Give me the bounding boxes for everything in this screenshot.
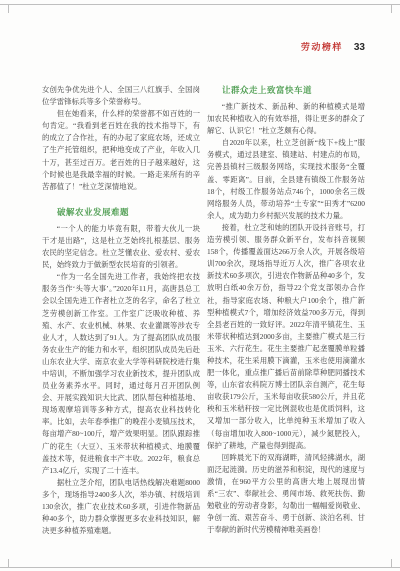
paragraph-service-network: 自2020年以来，杜立芝创新“线下+线上”服务模式，通过县建室、镇建站、村建点的… <box>207 137 365 222</box>
subheading-solving-agriculture-problems: 破解农业发展难题 <box>57 206 200 218</box>
paragraph-team-statistics: 据杜立芝介绍，团队电话热线解决难题8000多个，现场指导2400多人次，举办镇、… <box>42 477 200 537</box>
paragraph-honors-continuation: 女创先争优先进个人、全国三八红旗手、全国岗位学雷锋标兵等多个荣誉称号。 <box>42 84 200 108</box>
section-title: 劳动榜样 <box>301 40 343 53</box>
running-head: 劳动榜样 33 <box>301 40 365 53</box>
paragraph-promotion-insight: “推广新技术、新品种、新的种植模式是增加农民种植收入的有效举措，得让更多的群众了… <box>207 101 365 137</box>
paragraph-closing-scene: 回眸晨光下的双海湖畔，清风轻拂湖水，湖面泛起涟漪。历史的滋养和积淀，现代的速度与… <box>207 452 365 537</box>
crop-mark-top-left <box>8 4 9 13</box>
paragraph-happiness-quote: 但在她看来，什么样的荣誉都不如百姓的一句肯定。“我看到老百姓在我的技术指导下，有… <box>42 108 200 193</box>
crop-mark-top-right <box>391 4 392 13</box>
paragraph-douyin-and-yields: 接着，杜立芝和她的团队开设抖音账号，打造劳模引领、服务群众新平台，发布抖音视频1… <box>207 222 365 452</box>
crop-mark-bottom-right <box>391 559 392 568</box>
crop-mark-bottom-left <box>8 559 9 568</box>
article-body: 女创先争优先进个人、全国三八红旗手、全国岗位学雷锋标兵等多个荣誉称号。 但在她看… <box>42 84 365 537</box>
paragraph-innovation-studio: “作为一名全国先进工作者，我始终把农技服务当作‘头等大事’。”2020年11月，… <box>42 271 200 477</box>
left-column: 女创先争优先进个人、全国三八红旗手、全国岗位学雷锋标兵等多个荣誉称号。 但在她看… <box>42 84 200 537</box>
page-number: 33 <box>354 42 365 53</box>
magazine-page: 劳动榜样 33 女创先争优先进个人、全国三八红旗手、全国岗位学雷锋标兵等多个荣誉… <box>0 0 400 571</box>
paragraph-belief: “一个人的能力毕竟有限，带着大伙儿一块干才是出路”，这是杜立芝始终扎根基层、服务… <box>42 223 200 271</box>
subheading-road-to-wealth: 让群众走上致富快车道 <box>222 84 365 96</box>
page-bottom-border <box>0 567 400 568</box>
page-top-border <box>0 4 400 5</box>
right-column: 让群众走上致富快车道 “推广新技术、新品种、新的种植模式是增加农民种植收入的有效… <box>207 84 365 537</box>
